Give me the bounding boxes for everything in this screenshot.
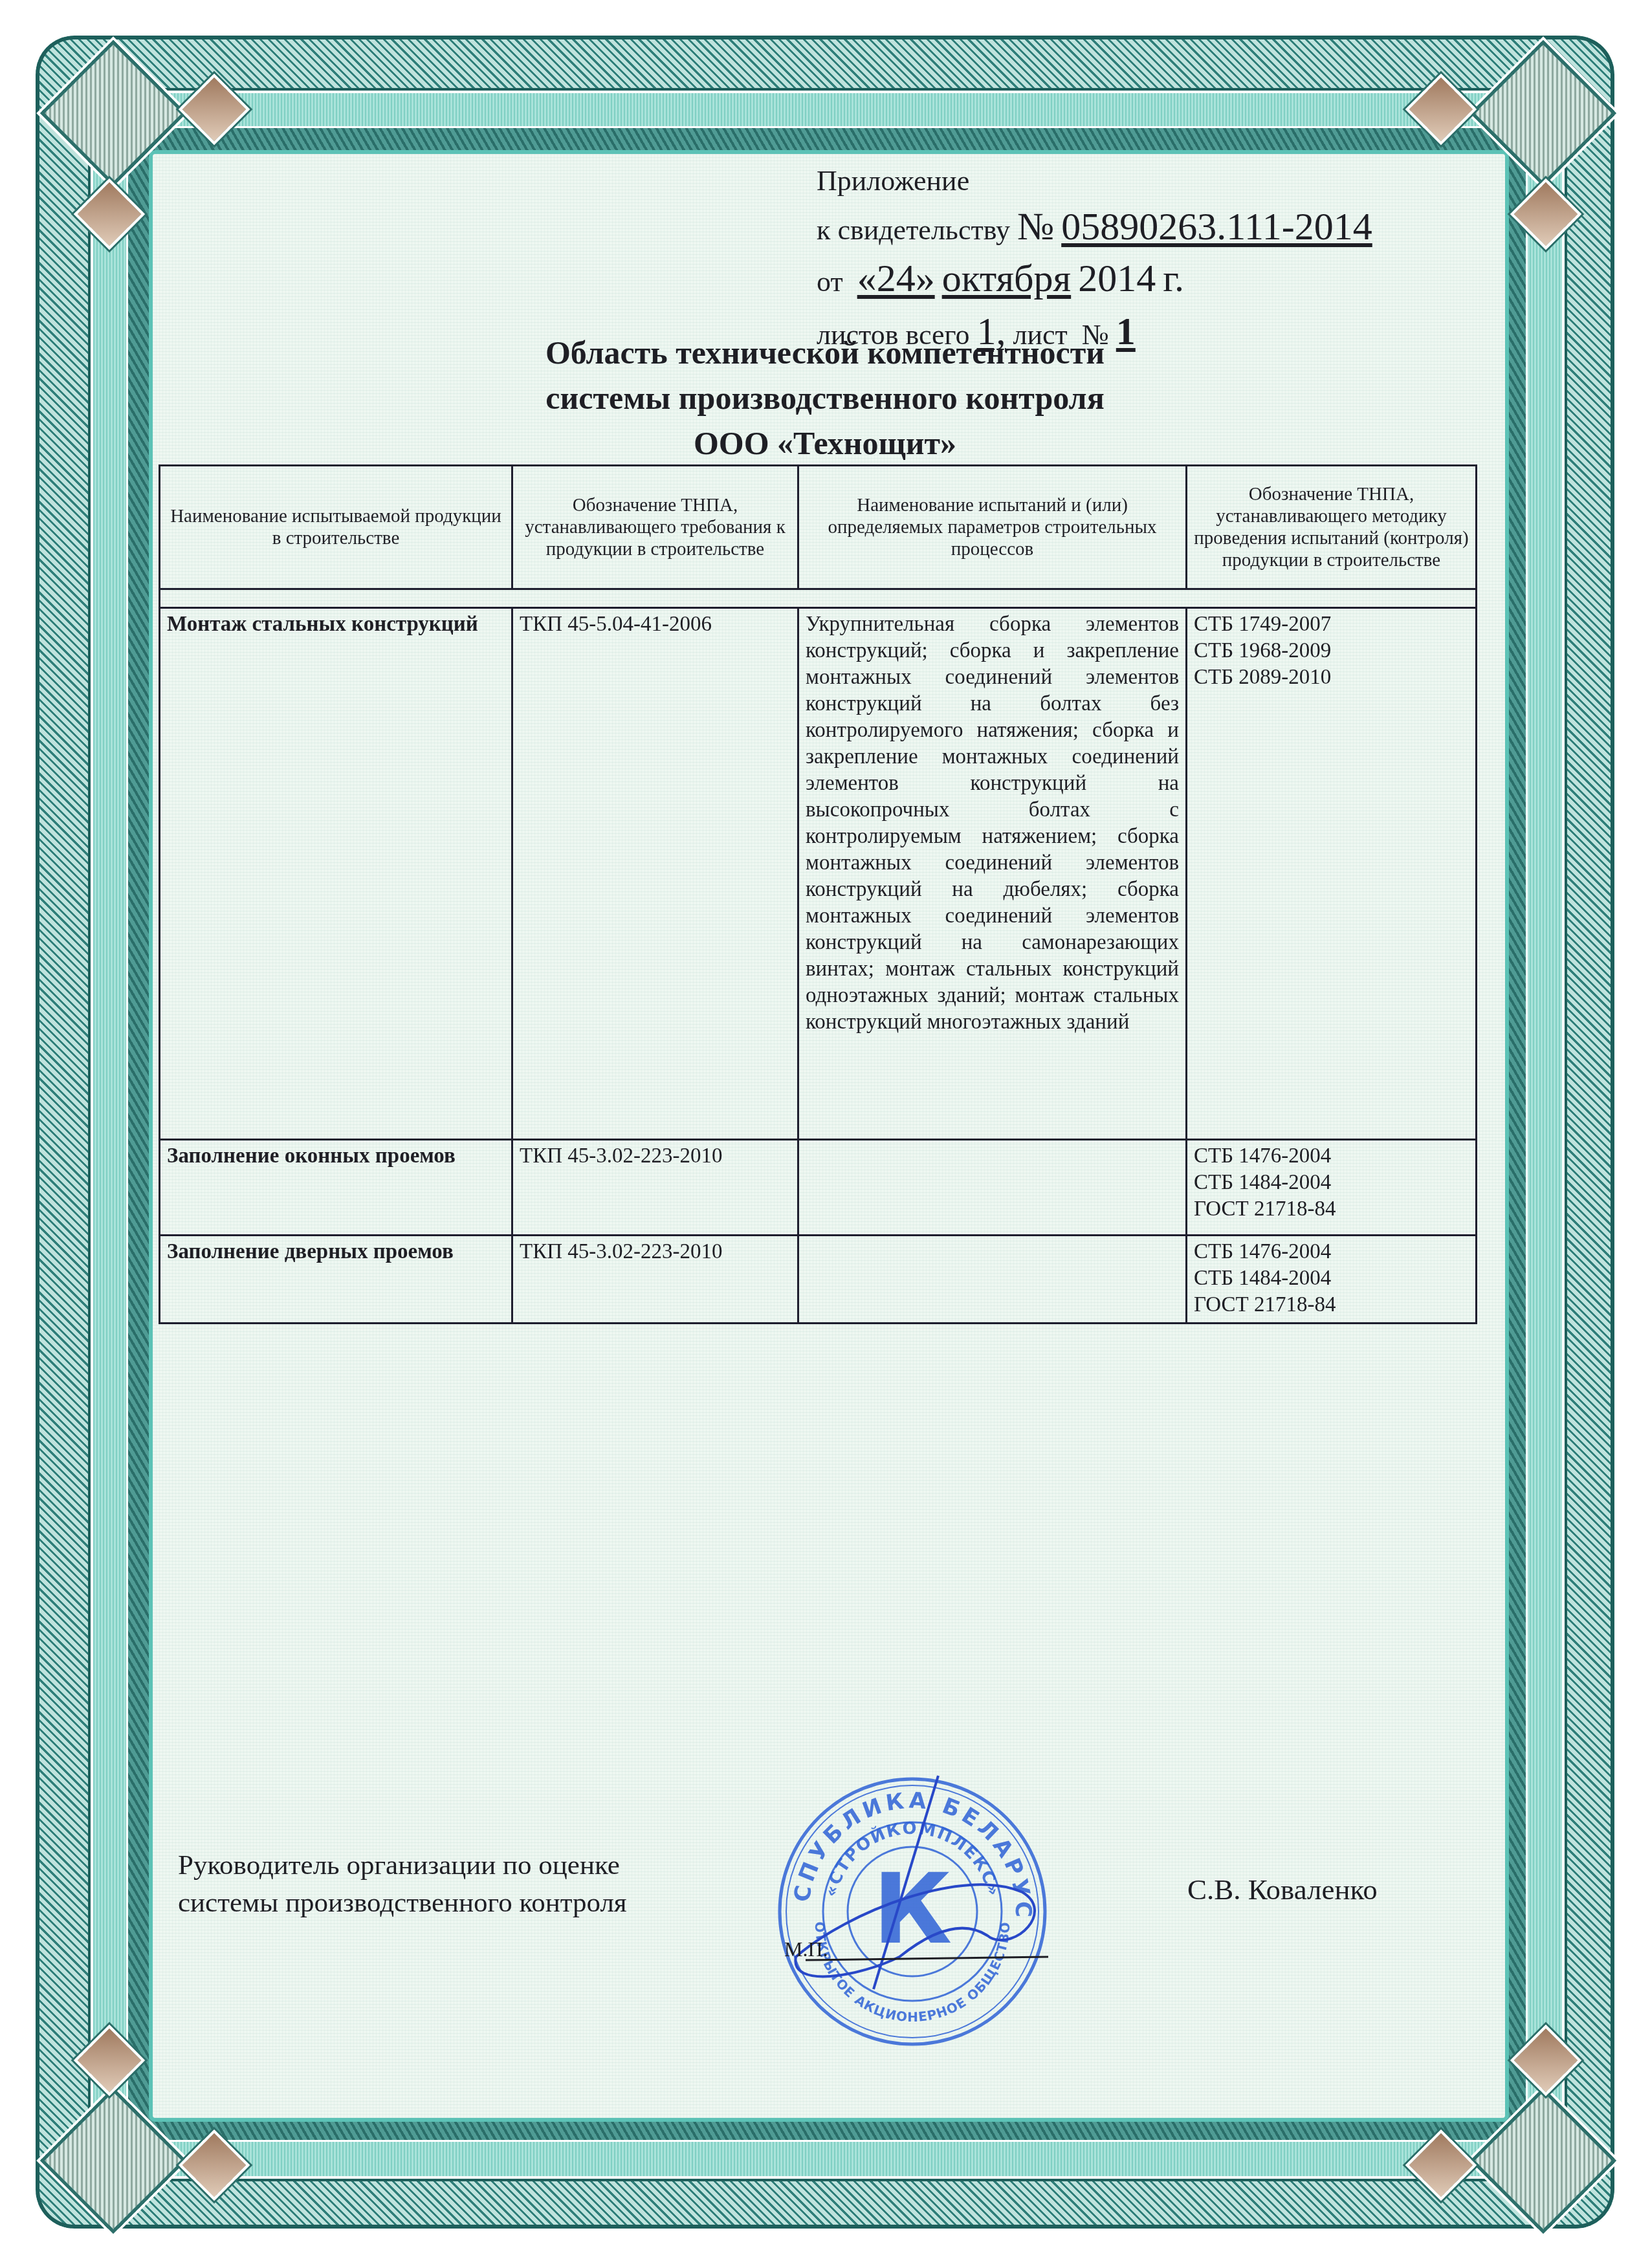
row-method-docs: СТБ 1476-2004 СТБ 1484-2004 ГОСТ 21718-8… (1187, 1140, 1477, 1236)
method-doc: ГОСТ 21718-84 (1194, 1292, 1469, 1318)
table-row: Заполнение оконных проемов ТКП 45-3.02-2… (160, 1140, 1477, 1236)
row-requirement-doc: ТКП 45-3.02-223-2010 (512, 1236, 798, 1324)
table-header-row: Наименование испытываемой продукции в ст… (160, 466, 1477, 589)
method-doc: СТБ 1749-2007 (1194, 611, 1469, 638)
header-tests: Наименование испытаний и (или) определяе… (798, 466, 1187, 589)
row-requirement-doc: ТКП 45-3.02-223-2010 (512, 1140, 798, 1236)
number-sign: № (1017, 205, 1054, 248)
row-product: Заполнение оконных проемов (160, 1140, 512, 1236)
method-doc: ГОСТ 21718-84 (1194, 1196, 1469, 1223)
certificate-prefix: к свидетельству (817, 214, 1010, 246)
date-day: «24» (857, 257, 935, 300)
row-tests (798, 1236, 1187, 1324)
method-doc: СТБ 1968-2009 (1194, 638, 1469, 664)
official-stamp-icon: РЕСПУБЛИКА БЕЛАРУСЬ «СТРОЙКОМПЛЕКС» ОТКР… (770, 1769, 1055, 2054)
certificate-line: к свидетельству № 05890263.111-2014 (817, 207, 1372, 246)
document-title: Область технической компетентности систе… (0, 330, 1650, 466)
signatory-role: Руководитель организации по оценке систе… (178, 1847, 627, 1922)
header-product: Наименование испытываемой продукции в ст… (160, 466, 512, 589)
competence-table: Наименование испытываемой продукции в ст… (159, 464, 1477, 1324)
table-spacer (160, 589, 1477, 608)
date-month: октября (942, 257, 1072, 300)
row-product: Заполнение дверных проемов (160, 1236, 512, 1324)
table-row: Монтаж стальных конструкций ТКП 45-5.04-… (160, 608, 1477, 1140)
title-line-1: Область технической компетентности (0, 330, 1650, 375)
date-prefix: от (817, 266, 843, 298)
row-tests (798, 1140, 1187, 1236)
method-doc: СТБ 1476-2004 (1194, 1143, 1469, 1170)
method-doc: СТБ 1484-2004 (1194, 1265, 1469, 1292)
date-year: 2014 (1078, 257, 1156, 300)
role-line-2: системы производственного контроля (178, 1884, 627, 1922)
title-line-2: системы производственного контроля (0, 375, 1650, 420)
date-line: от «24» октября 2014 г. (817, 259, 1372, 298)
appendix-label: Приложение (817, 167, 1372, 195)
date-suffix: г. (1163, 257, 1184, 300)
appendix-header: Приложение к свидетельству № 05890263.11… (817, 167, 1372, 351)
method-doc: СТБ 1476-2004 (1194, 1239, 1469, 1265)
method-doc: СТБ 1484-2004 (1194, 1170, 1469, 1196)
role-line-1: Руководитель организации по оценке (178, 1847, 627, 1884)
signatory-name: С.В. Коваленко (1187, 1873, 1378, 1906)
row-product: Монтаж стальных конструкций (160, 608, 512, 1140)
title-line-3: ООО «Технощит» (0, 420, 1650, 466)
table-row: Заполнение дверных проемов ТКП 45-3.02-2… (160, 1236, 1477, 1324)
row-requirement-doc: ТКП 45-5.04-41-2006 (512, 608, 798, 1140)
row-method-docs: СТБ 1476-2004 СТБ 1484-2004 ГОСТ 21718-8… (1187, 1236, 1477, 1324)
certificate-number: 05890263.111-2014 (1061, 205, 1372, 248)
method-doc: СТБ 2089-2010 (1194, 664, 1469, 691)
header-method-doc: Обозначение ТНПА, устанавливающего метод… (1187, 466, 1477, 589)
header-requirement-doc: Обозначение ТНПА, устанавливающего требо… (512, 466, 798, 589)
row-method-docs: СТБ 1749-2007 СТБ 1968-2009 СТБ 2089-201… (1187, 608, 1477, 1140)
seal-mark: М.П. (784, 1937, 828, 1961)
row-tests: Укрупнительная сборка элементов конструк… (798, 608, 1187, 1140)
